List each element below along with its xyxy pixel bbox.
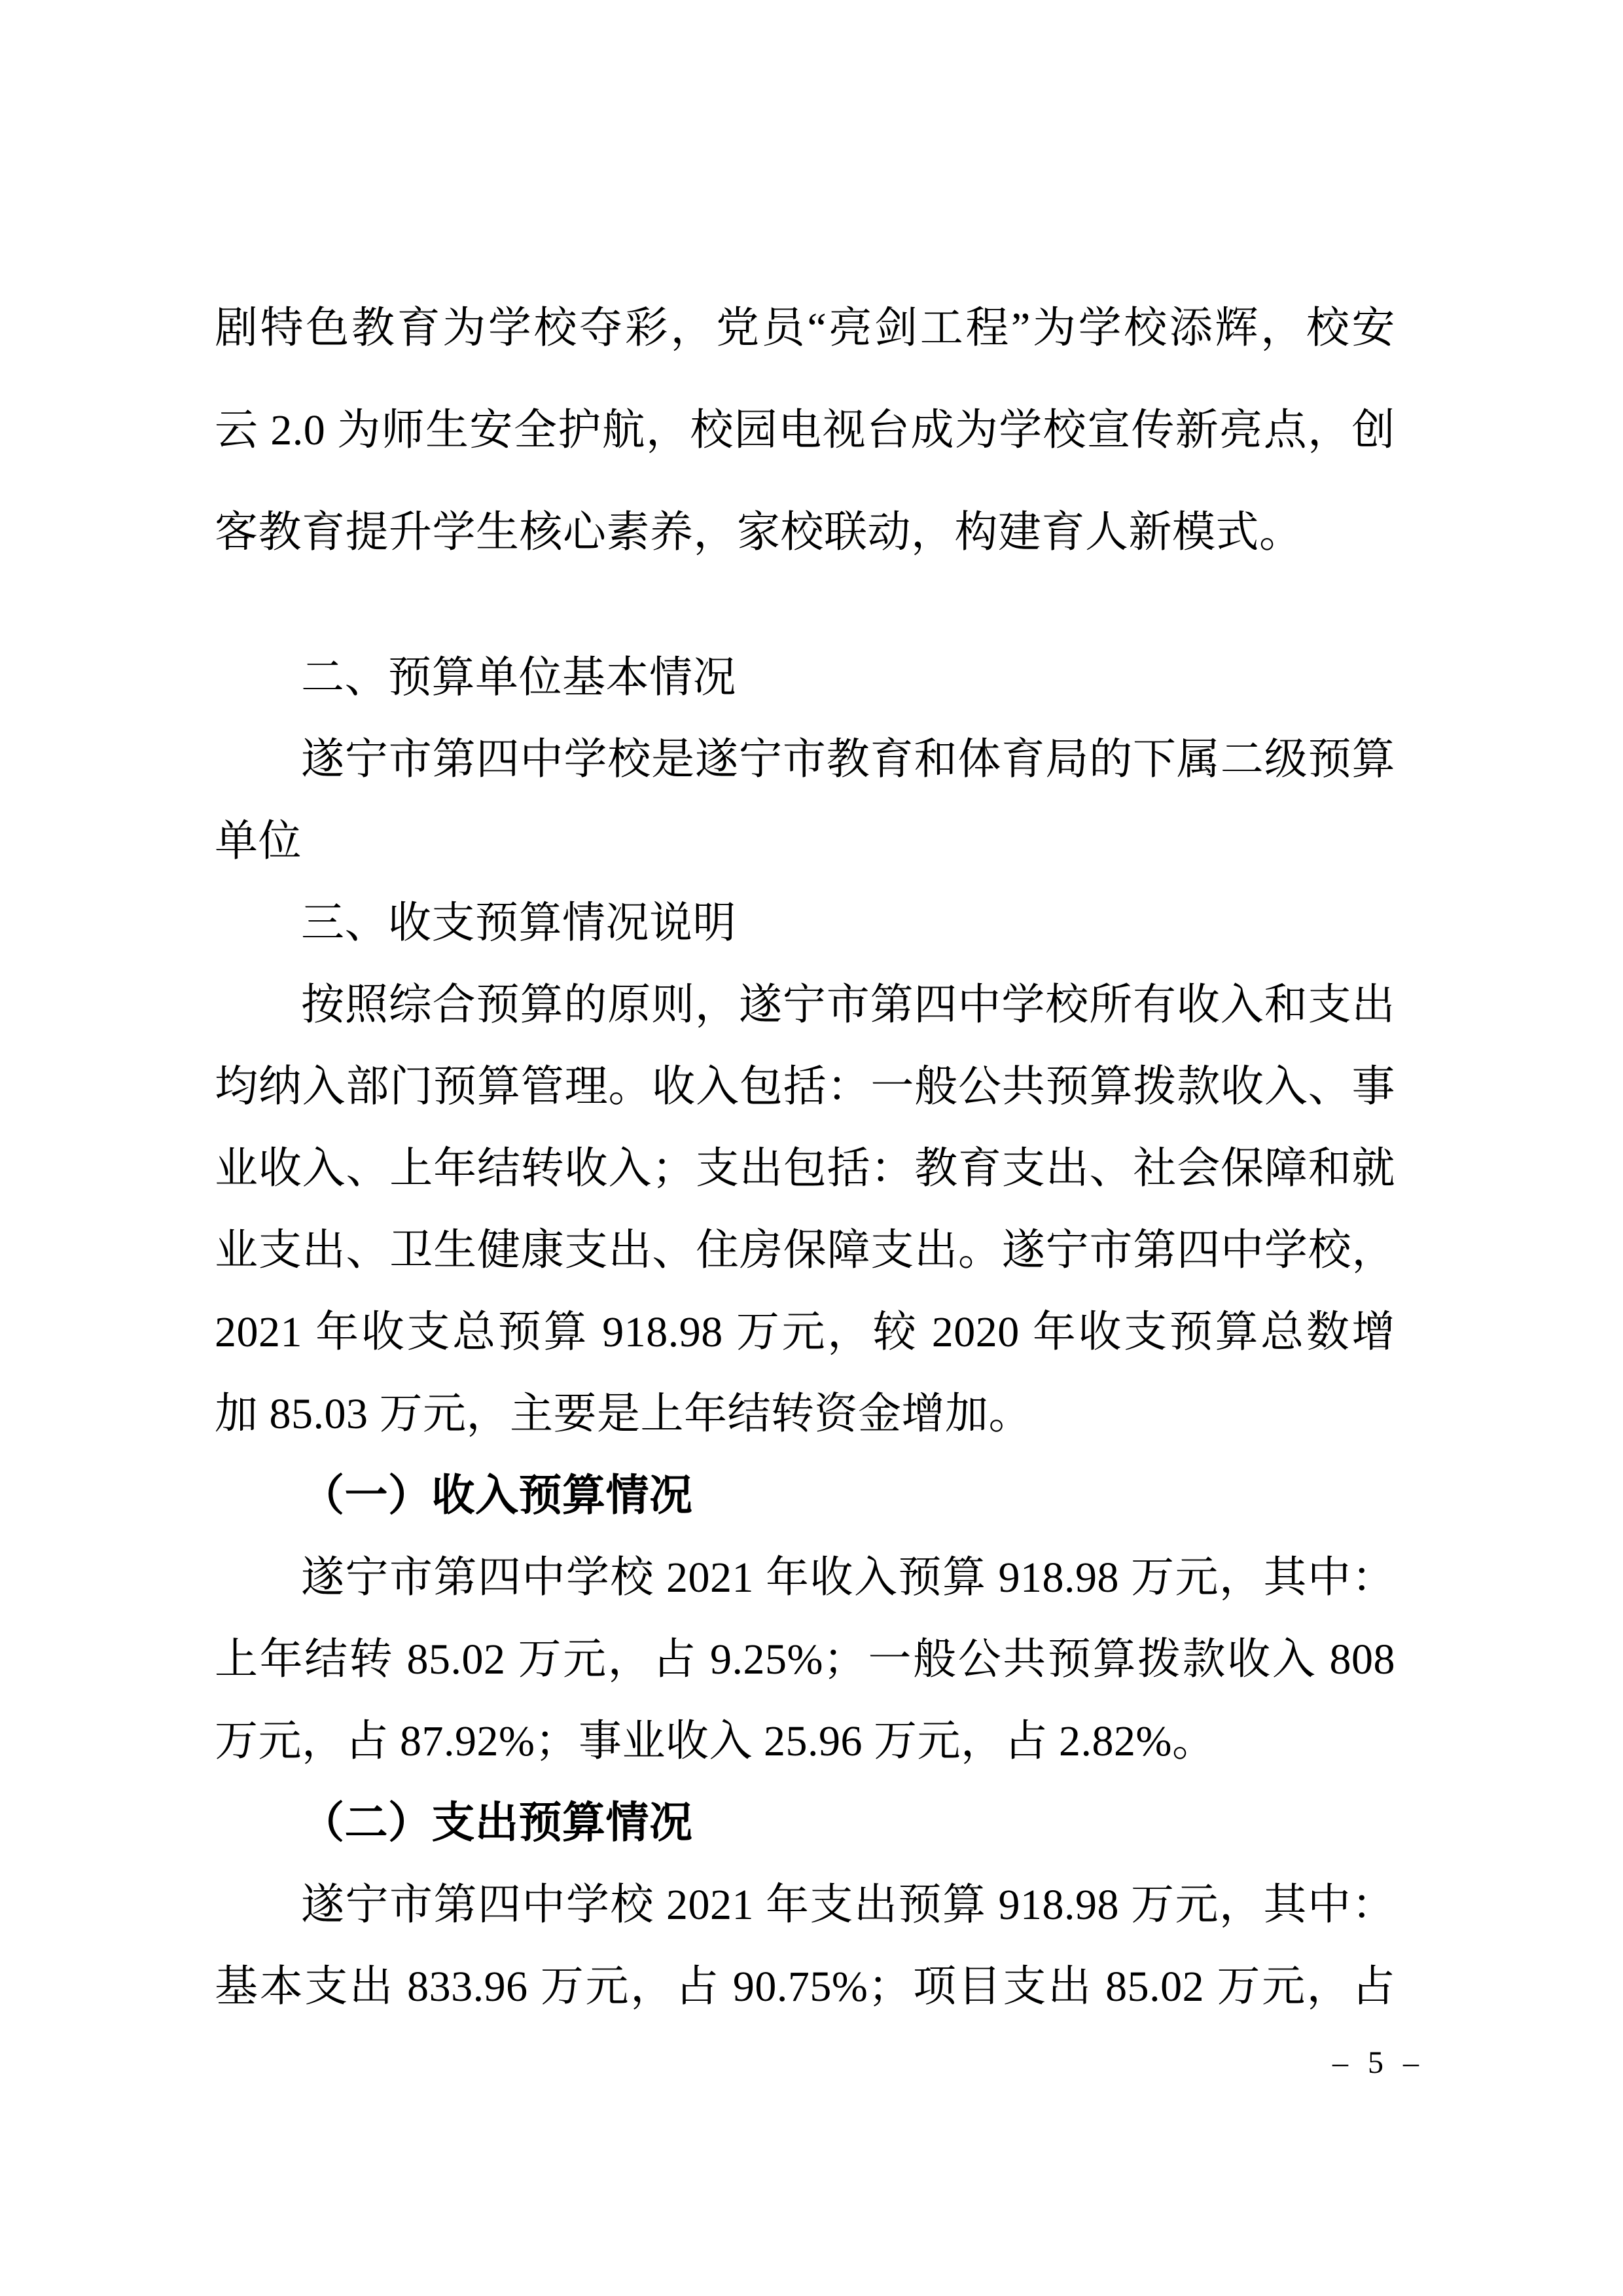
heading-expense-budget: （二）支出预算情况 [215, 1782, 1395, 1864]
text-line: 业收入、上年结转收入；支出包括：教育支出、社会保障和就 [215, 1128, 1395, 1210]
text-line: 2021 年收支总预算 918.98 万元，较 2020 年收支预算总数增 [215, 1291, 1395, 1373]
paragraph-continued-from-previous-page: 剧特色教育为学校夺彩，党员“亮剑工程”为学校添辉，校安云 2.0 为师生安全护航… [215, 278, 1395, 584]
text-line: 业支出、卫生健康支出、住房保障支出。遂宁市第四中学校， [215, 1210, 1395, 1291]
text-line: 遂宁市第四中学校是遂宁市教育和体育局的下属二级预算 [215, 719, 1395, 800]
heading-section-2: 二、预算单位基本情况 [215, 637, 1395, 719]
text-line: 三、收支预算情况说明 [215, 882, 1395, 964]
text-line: （二）支出预算情况 [215, 1782, 1395, 1864]
text-line: 二、预算单位基本情况 [215, 637, 1395, 719]
text-line: 云 2.0 为师生安全护航，校园电视台成为学校宣传新亮点，创 [215, 380, 1395, 482]
text-line: 万元，占 87.92%；事业收入 25.96 万元，占 2.82%。 [215, 1700, 1395, 1782]
heading-income-budget: （一）收入预算情况 [215, 1455, 1395, 1537]
document-page: 剧特色教育为学校夺彩，党员“亮剑工程”为学校添辉，校安云 2.0 为师生安全护航… [0, 0, 1623, 2296]
text-line: 剧特色教育为学校夺彩，党员“亮剑工程”为学校添辉，校安 [215, 278, 1395, 380]
paragraph-expense-budget: 遂宁市第四中学校 2021 年支出预算 918.98 万元，其中：基本支出 83… [215, 1864, 1395, 2028]
text-line: 基本支出 833.96 万元，占 90.75%；项目支出 85.02 万元，占 [215, 1946, 1395, 2028]
paragraph-income-budget: 遂宁市第四中学校 2021 年收入预算 918.98 万元，其中：上年结转 85… [215, 1537, 1395, 1782]
text-line: 上年结转 85.02 万元，占 9.25%；一般公共预算拨款收入 808 [215, 1619, 1395, 1700]
text-line: 均纳入部门预算管理。收入包括：一般公共预算拨款收入、事 [215, 1046, 1395, 1128]
text-line: 遂宁市第四中学校 2021 年收入预算 918.98 万元，其中： [215, 1537, 1395, 1619]
text-line: 客教育提升学生核心素养，家校联动，构建育人新模式。 [215, 482, 1395, 584]
text-line: （一）收入预算情况 [215, 1455, 1395, 1537]
page-number: – 5 – [1332, 2043, 1419, 2083]
heading-section-3: 三、收支预算情况说明 [215, 882, 1395, 964]
text-line: 遂宁市第四中学校 2021 年支出预算 918.98 万元，其中： [215, 1864, 1395, 1946]
document-body: 剧特色教育为学校夺彩，党员“亮剑工程”为学校添辉，校安云 2.0 为师生安全护航… [215, 278, 1395, 2028]
text-line: 单位 [215, 800, 1395, 882]
text-line: 加 85.03 万元，主要是上年结转资金增加。 [215, 1373, 1395, 1455]
text-line: 按照综合预算的原则，遂宁市第四中学校所有收入和支出 [215, 964, 1395, 1046]
paragraph-budget-overview: 按照综合预算的原则，遂宁市第四中学校所有收入和支出均纳入部门预算管理。收入包括：… [215, 964, 1395, 1455]
paragraph-budget-unit: 遂宁市第四中学校是遂宁市教育和体育局的下属二级预算单位 [215, 719, 1395, 882]
